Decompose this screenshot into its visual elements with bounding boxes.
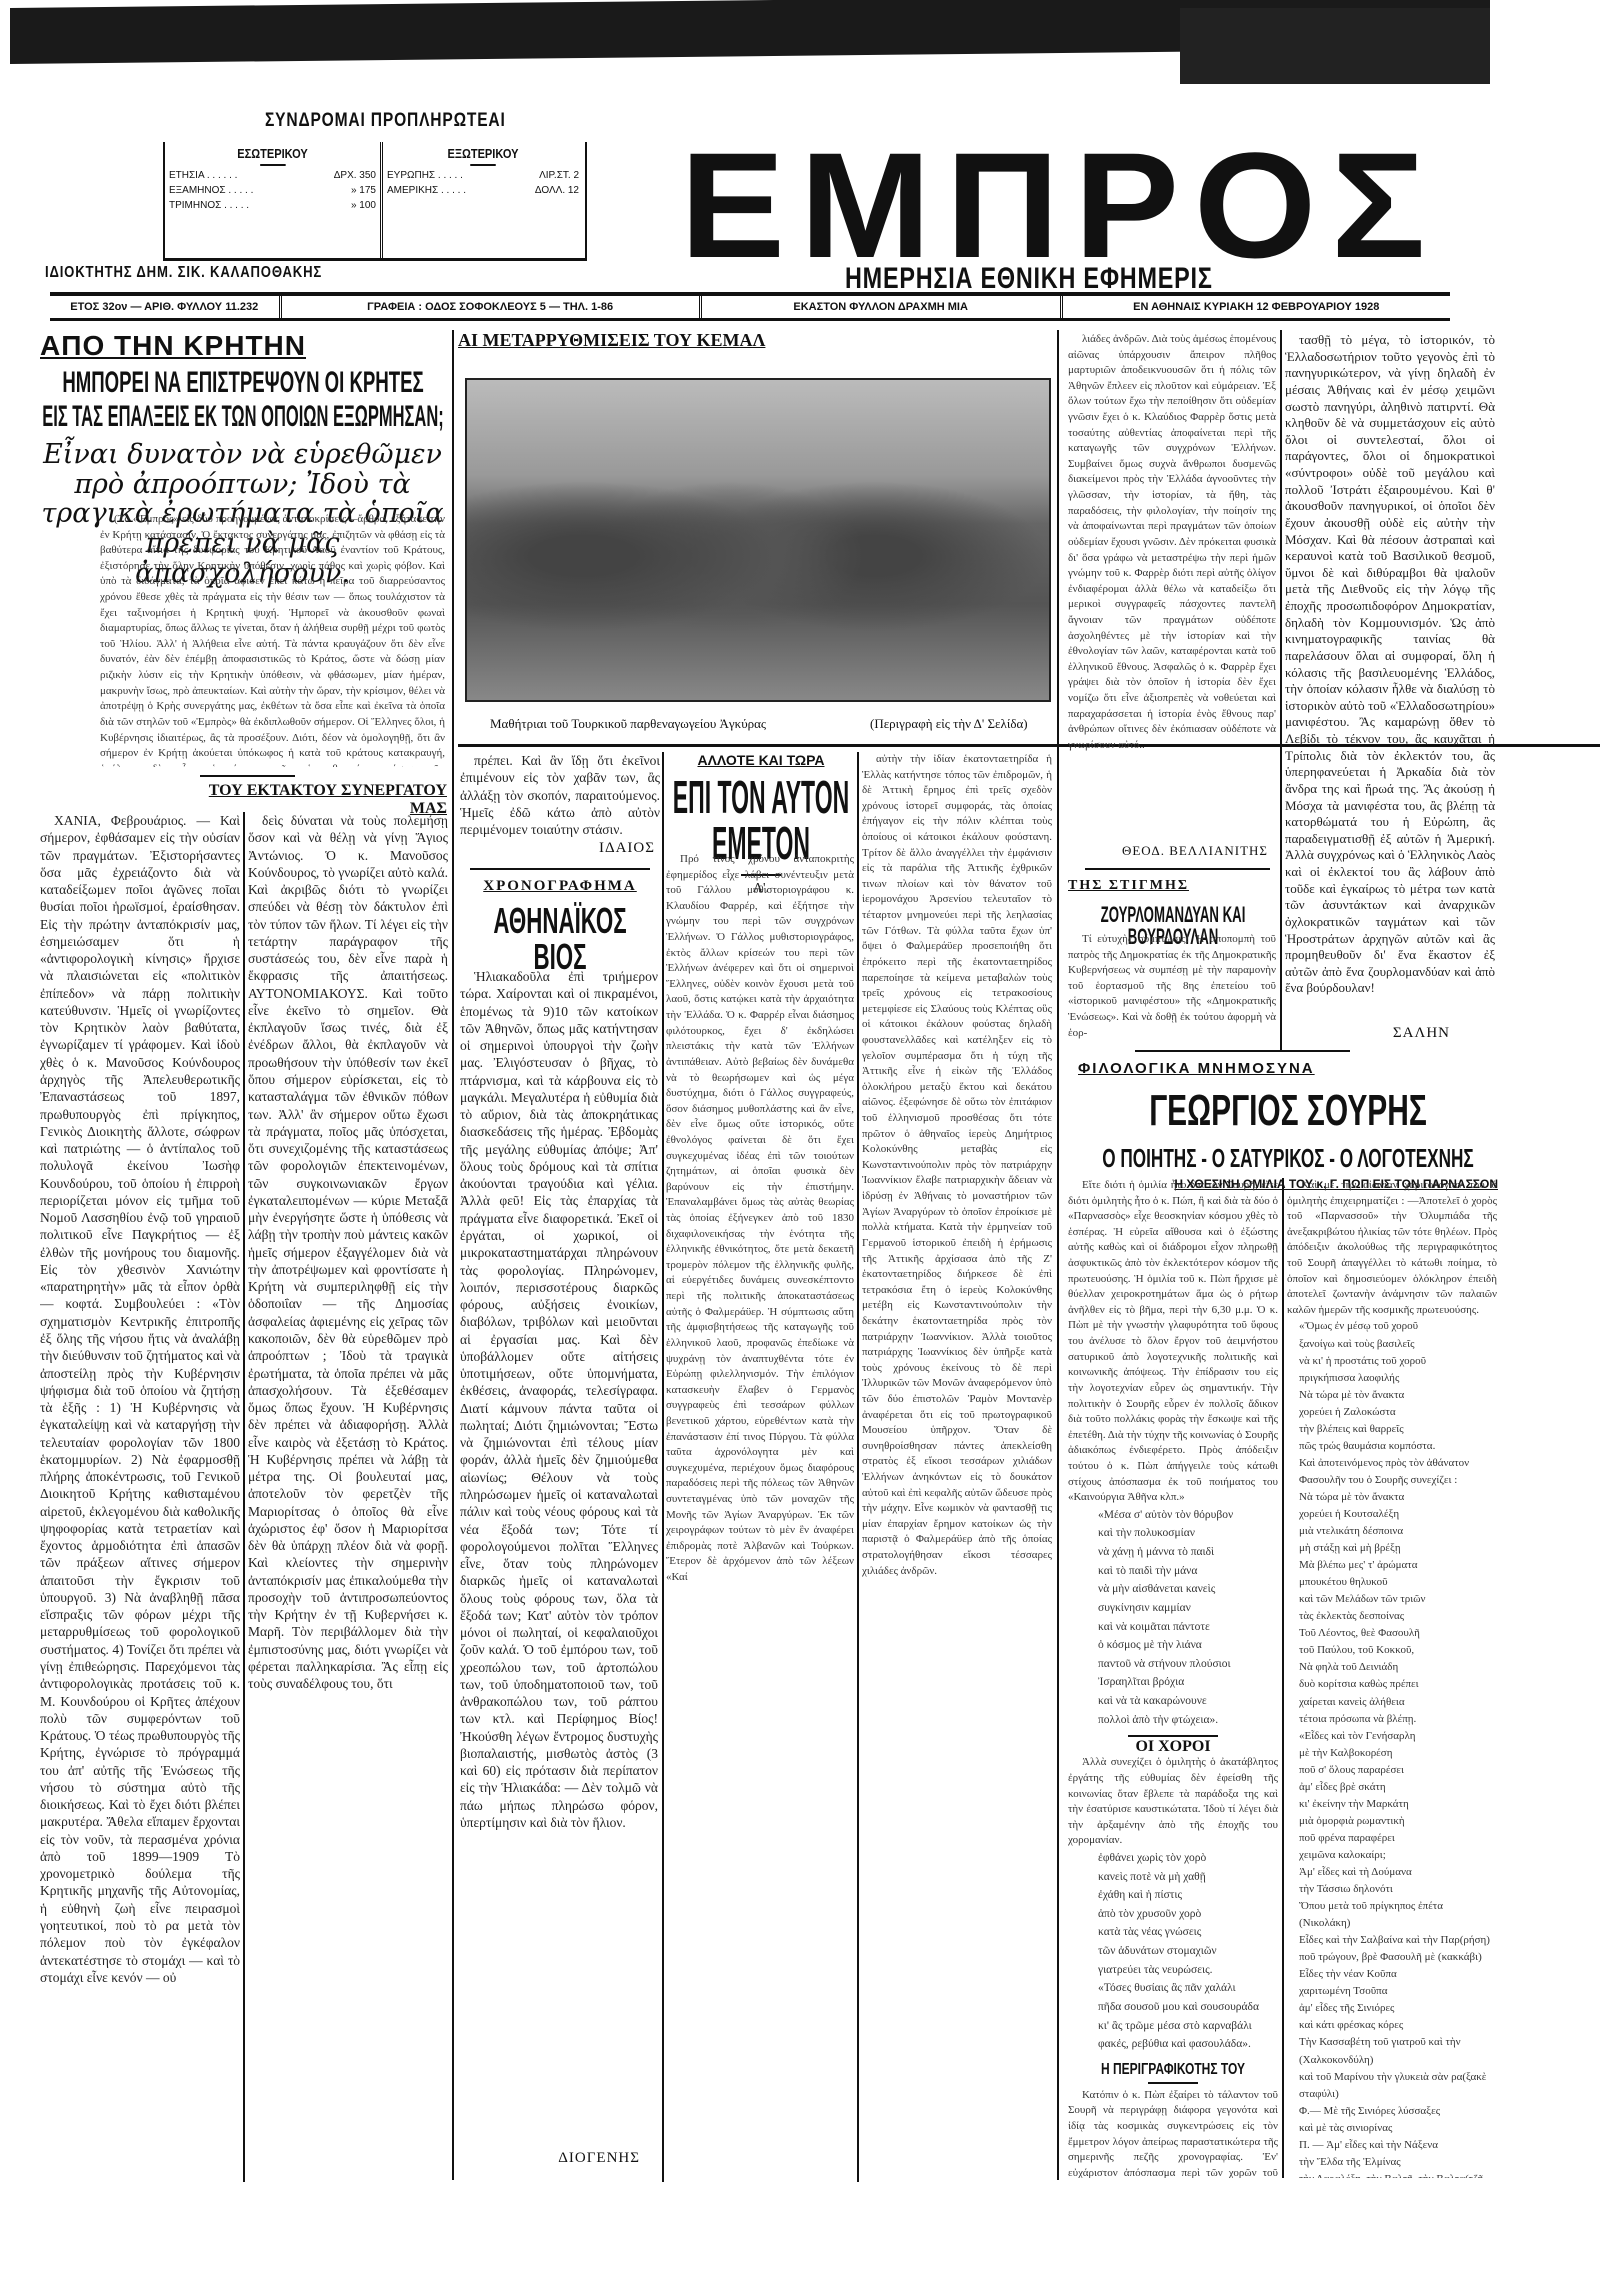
poem-line: Νὰ φηλὰ τοῦ Δεινιάδη: [1299, 1659, 1497, 1676]
poem-line: ποῦ τρώγουν, βρὲ Φασουλῆ μὲ (κακκάβι): [1299, 1949, 1497, 1966]
poem-line: νὰ κι' ἡ προστάτις τοῦ χοροῦ: [1299, 1353, 1497, 1370]
poem-line: καὶ τὸ παιδὶ τὴν μάνα: [1098, 1562, 1278, 1581]
poem-line: «Τόσες θυσίαις ἂς πᾶν χαλάλι: [1098, 1979, 1278, 1998]
poem-line: καὶ νὰ κοιμᾶται πάντοτε: [1098, 1618, 1278, 1637]
description-head: Η ΠΕΡΙΓΡΑΦΙΚΟΤΗΣ ΤΟΥ: [1094, 2062, 1252, 2078]
poem-line: Φ.— Μὲ τῆς Σινιόρες λύσσαξες: [1299, 2103, 1497, 2120]
poem-line: τὰς ἐκλεκτὰς δεσποίνας: [1299, 1608, 1497, 1625]
souris-col-2: Καὶ μὲ τὴν αἰωνίαν χαριτολογίαν του ὁ ὁμ…: [1287, 1178, 1497, 2178]
poem-line: Καὶ ἀποτεινόμενος πρὸς τὸν ἀθάνατον: [1299, 1455, 1497, 1472]
poem-line: καὶ τοῦ Μαρίνου τὴν γλυκειὰ σὰν ρα(ξακὲ …: [1299, 2069, 1497, 2103]
poem-line: μιὰ ντελικάτη δέσποινα: [1299, 1523, 1497, 1540]
subscriptions-domestic: ΕΣΩΤΕΡΙΚΟΥ ΕΤΗΣΙΑ . . . . . .ΔΡΧ. 350ΕΞΑ…: [165, 142, 383, 258]
poem-line: πολλοὶ ἀπὸ τὴν φτώχεια».: [1098, 1711, 1278, 1730]
crete-headline-1: ΗΜΠΟΡΕΙ ΝΑ ΕΠΙΣΤΡΕΨΟΥΝ ΟΙ ΚΡΗΤΕΣ: [42, 368, 445, 398]
poem-line: μὴ στάξῃ καὶ μὴ βρέξῃ: [1299, 1540, 1497, 1557]
kemal-photo: [465, 378, 1051, 702]
crete-kicker: ΑΠΟ ΤΗΝ ΚΡΗΤΗΝ: [40, 330, 445, 362]
subscriptions-title: ΣΥΝΔΡΟΜΑΙ ΠΡΟΠΛΗΡΩΤΕΑΙ: [265, 110, 506, 132]
crete-col-1: ΧΑΝΙΑ, Φεβρουάριος. — Καὶ σήμερον, ἐφθάσ…: [40, 812, 240, 2182]
souris-subhead: Ο ΠΟΙΗΤΗΣ - Ο ΣΑΤΥΡΙΚΟΣ - Ο ΛΟΓΟΤΕΧΝΗΣ: [1083, 1145, 1492, 1171]
poem-line: χειμῶνα καλοκαίρι;: [1299, 1847, 1497, 1864]
chronography-signature: ΔΙΟΓΕΝΗΣ: [460, 2150, 640, 2167]
chronography-kicker: ΧΡΟΝΟΓΡΑΦΗΜΑ: [460, 878, 660, 895]
subscription-row: ΕΤΗΣΙΑ . . . . . .ΔΡΧ. 350: [165, 166, 380, 181]
chronography-section: ΧΡΟΝΟΓΡΑΦΗΜΑ ΑΘΗΝΑΪΚΟΣ ΒΙΟΣ: [460, 878, 660, 975]
photo-caption-ref: (Περιγραφὴ εἰς τὴν Δ' Σελίδα): [870, 716, 1028, 732]
poem-line: γιατρεύει τὰς νευρώσεις.: [1098, 1961, 1278, 1980]
poem-line: ποῦ φρένα παραφέρει: [1299, 1830, 1497, 1847]
poem-line: ἐχάθη καὶ ἡ πίστις: [1098, 1886, 1278, 1905]
souris-poem-2: ἐφθάνει χωρὶς τὸν χορὸκανεὶς ποτὲ νὰ μὴ …: [1068, 1849, 1278, 2054]
moment-continuation: τασθῇ τὸ μέγα, τὸ ἱστορικόν, τὸ Ἑλλαδοσω…: [1285, 332, 1495, 1037]
souris-poem-3: «Ὅμως ἐν μέσῳ τοῦ χοροῦξανοίγω καὶ τοὺς …: [1287, 1318, 1497, 2178]
crete-intro: (Τὸ «Ἐμπρὸς» εἰς δύο προηγουμένας ἀνταπο…: [100, 512, 445, 767]
issue-info-bar: ΕΤΟΣ 32ον — ΑΡΙΘ. ΦΥΛΛΟΥ 11.232 ΓΡΑΦΕΙΑ …: [50, 292, 1450, 321]
poem-line: μὲ τὴν Καλβοκορέση: [1299, 1745, 1497, 1762]
poem-line: Τοῦ Λέοντος, θεὲ Φασουλῆ: [1299, 1625, 1497, 1642]
subscription-row: ΤΡΙΜΗΝΟΣ . . . . .» 100: [165, 196, 380, 211]
souris-poem-1: «Μέσα σ' αὐτὸν τὸν θόρυβονκαὶ τὴν πολυκο…: [1068, 1506, 1278, 1730]
poem-line: Ὅπου μετὰ τοῦ πρίγκηπος ἐπέτα: [1299, 1898, 1497, 1915]
dances-head: ΟΙ ΧΟΡΟΙ: [1068, 1739, 1278, 1755]
domestic-head: ΕΣΩΤΕΡΙΚΟΥ: [181, 146, 364, 166]
then-now-kicker: ΑΛΛΟΤΕ ΚΑΙ ΤΩΡΑ: [666, 752, 856, 768]
poem-line: καὶ τὴν πολυκοσμίαν: [1098, 1524, 1278, 1543]
poem-line: κατὰ τὰς νέας γνώσεις: [1098, 1923, 1278, 1942]
poem-line: ξανοίγω καὶ τοὺς βασιλεῖς: [1299, 1336, 1497, 1353]
crete-col-2: δεὶς δύναται νὰ τοὺς πολεμήσῃ ὅσον καὶ ν…: [248, 812, 448, 2182]
poem-line: ὁ κόσμος μὲ τὴν λιάνα: [1098, 1636, 1278, 1655]
poem-line: καὶ μὲ τὰς σινιορίνας: [1299, 2120, 1497, 2137]
foreign-head: ΕΞΩΤΕΡΙΚΟΥ: [398, 146, 568, 166]
issue-number: ΕΤΟΣ 32ον — ΑΡΙΘ. ΦΥΛΛΟΥ 11.232: [50, 296, 282, 318]
kemal-signature: ΙΔΑΙΟΣ: [460, 840, 655, 857]
poem-line: μπουκέτου θηλυκοῦ: [1299, 1574, 1497, 1591]
souris-headline: ΓΕΩΡΓΙΟΣ ΣΟΥΡΗΣ: [1084, 1089, 1492, 1133]
vellianitis-article: λιάδες ἀνδρῶν. Διὰ τοὺς ἀμέσως ἑπομένους…: [1068, 332, 1276, 777]
poem-line: καὶ νὰ τὰ κακαρώνουνε: [1098, 1692, 1278, 1711]
subscription-row: ΕΞΑΜΗΝΟΣ . . . . .» 175: [165, 181, 380, 196]
then-now-col-2: αὐτὴν τὴν ἰδίαν ἑκατονταετηρίδα ἡ Ἑλλὰς …: [862, 752, 1052, 2182]
poem-line: Εἶδες τὴν νέαν Κοῦπα: [1299, 1966, 1497, 1983]
then-now-col-1: Πρό τινος χρόνου ἀνταποκριτὴς ἐφημερίδος…: [666, 852, 854, 2182]
poem-line: τὴν Δαραλέξη, τὴν Βαλτῆ, τὴν Βαλτα(τζῆ τ…: [1299, 2171, 1497, 2178]
poem-line: χαίρεται κανεὶς ἀλήθεια: [1299, 1694, 1497, 1711]
subscription-row: ΕΥΡΩΠΗΣ . . . . .ΛΙΡ.ΣΤ. 2: [383, 166, 583, 181]
subscription-row: ΑΜΕΡΙΚΗΣ . . . . .ΔΟΛΛ. 12: [383, 181, 583, 196]
poem-line: κανεὶς ποτὲ νὰ μὴ χαθῇ: [1098, 1868, 1278, 1887]
poem-line: Νὰ τώρα μὲ τὸν ἄνακτα: [1299, 1387, 1497, 1404]
newspaper-subtitle: ΗΜΕΡΗΣΙΑ ΕΘΝΙΚΗ ΕΦΗΜΕΡΙΣ: [845, 262, 1213, 296]
moment-body: Τί εὐτυχὴς σύμπτωσις! Ἡ ἀποπομπὴ τοῦ πατ…: [1068, 932, 1276, 1052]
poem-line: Εἶδες καὶ τὴν Σαλβαίνα καὶ τὴν Παρ(ρήση): [1299, 1932, 1497, 1949]
poem-line: δυὸ κορίτσια καθὼς πρέπει: [1299, 1676, 1497, 1693]
issue-date: ΕΝ ΑΘΗΝΑΙΣ ΚΥΡΙΑΚΗ 12 ΦΕΒΡΟΥΑΡΙΟΥ 1928: [1063, 296, 1451, 318]
kemal-continuation: πρέπει. Καὶ ἂν ἴδῃ ὅτι ἐκεῖνοι ἐπιμένουν…: [460, 752, 660, 838]
moment-signature: ΣΑΛΗΝ: [1300, 1025, 1450, 1042]
vellianitis-signature: ΘΕΟΔ. ΒΕΛΛΙΑΝΙΤΗΣ: [1068, 843, 1268, 859]
crete-headline-2: ΕΙΣ ΤΑΣ ΕΠΑΛΞΕΙΣ ΕΚ ΤΩΝ ΟΠΟΙΩΝ ΕΞΩΡΜΗΣΑΝ…: [40, 402, 447, 432]
poem-line: τοῦ Παύλου, τοῦ Κοκκοῦ,: [1299, 1642, 1497, 1659]
poem-line: πριγκήπισσα λαοφιλής: [1299, 1370, 1497, 1387]
chronography-body: Ἡλιακαδοῦλα ἐπὶ τριήμερον τώρα. Χαίροντα…: [460, 968, 658, 2088]
chronography-headline: ΑΘΗΝΑΪΚΟΣ ΒΙΟΣ: [467, 903, 653, 975]
poem-line: χορεύει ἡ Ζαλοκώστα: [1299, 1404, 1497, 1421]
owner-line: ΙΔΙΟΚΤΗΤΗΣ ΔΗΜ. ΣΙΚ. ΚΑΛΑΠΟΘΑΚΗΣ: [45, 264, 322, 282]
poem-line: χαριτωμένη Τσοῦπα: [1299, 1983, 1497, 2000]
poem-line: χορεύει ἡ Κουτσαλέξη: [1299, 1506, 1497, 1523]
souris-col-1: Εἴτε διότι ἡ ὁμιλία ἦτο διὰ τὸν Σουρῆ, ε…: [1068, 1178, 1278, 2178]
poem-line: κι' ἐκείνην τὴν Μαρκάτη: [1299, 1796, 1497, 1813]
poem-line: Μὰ βλέπω μες' τ' ἀρώματα: [1299, 1557, 1497, 1574]
subscriptions-box: ΣΥΝΔΡΟΜΑΙ ΠΡΟΠΛΗΡΩΤΕΑΙ ΕΣΩΤΕΡΙΚΟΥ ΕΤΗΣΙΑ…: [163, 142, 587, 261]
poem-line: ἀπὸ τὸν χρυσοῦν χορὸ: [1098, 1905, 1278, 1924]
poem-line: τὴν Ἕλδα τῆς Ἐλμίνας: [1299, 2154, 1497, 2171]
poem-line: «Μέσα σ' αὐτὸν τὸν θόρυβον: [1098, 1506, 1278, 1525]
poem-line: καὶ κάτι φρέσκας κόρες: [1299, 2017, 1497, 2034]
poem-line: τὴν Τάσσιω δηλονότι: [1299, 1881, 1497, 1898]
poem-line: πῆδα σουσοῦ μου καὶ σουσουράδα: [1098, 1998, 1278, 2017]
poem-line: Φασουλῆν του ὁ Σουρῆς συνεχίζει :: [1299, 1472, 1497, 1489]
poem-line: τῶν ἀδυνάτων στομαχιῶν: [1098, 1942, 1278, 1961]
poem-line: (Νικολάκη): [1299, 1915, 1497, 1932]
poem-line: μιὰ ὀμορφιὰ ρωμαντικὴ: [1299, 1813, 1497, 1830]
poem-line: ἀμ' εἶδες βρὲ σκάτη: [1299, 1779, 1497, 1796]
poem-line: τέτοια πρόσωπα νὰ βλέπῃ.: [1299, 1711, 1497, 1728]
poem-line: συγκίνησιν καμμίαν: [1098, 1599, 1278, 1618]
poem-line: «Εἶδες καὶ τὸν Γενήσαρλη: [1299, 1728, 1497, 1745]
poem-line: ἀμ' εἶδες τῆς Σινιόρες: [1299, 2000, 1497, 2017]
souris-section: ΦΙΛΟΛΟΓΙΚΑ ΜΝΗΜΟΣΥΝΑ ΓΕΩΡΓΙΟΣ ΣΟΥΡΗΣ Ο Π…: [1078, 1060, 1498, 1191]
poem-line: τὴν βλέπεις καὶ θαρρεῖς: [1299, 1421, 1497, 1438]
poem-line: ποῦ σ' ὅλους παραρέσει: [1299, 1762, 1497, 1779]
kemal-kicker: ΑΙ ΜΕΤΑΡΡΥΘΜΙΣΕΙΣ ΤΟΥ ΚΕΜΑΛ: [458, 330, 1058, 351]
newspaper-logo: ΕΜΠΡΟΣ: [680, 130, 1440, 280]
souris-kicker: ΦΙΛΟΛΟΓΙΚΑ ΜΝΗΜΟΣΥΝΑ: [1078, 1060, 1498, 1077]
poem-line: καὶ τῶν Μελάδων τῶν τριῶν: [1299, 1591, 1497, 1608]
poem-line: Τὴν Κασσαβέτη τοῦ γιατροῦ καὶ τὴν (Χαλκο…: [1299, 2034, 1497, 2068]
poem-line: πῶς τρώς θαυμάσια κομπόστα.: [1299, 1438, 1497, 1455]
office-address: ΓΡΑΦΕΙΑ : ΟΔΟΣ ΣΟΦΟΚΛΕΟΥΣ 5 — ΤΗΛ. 1-86: [282, 296, 702, 318]
poem-line: φακές, ρεβύθια καὶ φασουλάδα».: [1098, 2035, 1278, 2054]
photo-caption: Μαθήτριαι τοῦ Τουρκικοῦ παρθεναγωγείου Ἀ…: [490, 716, 766, 732]
poem-line: Ἀμ' εἶδες καὶ τὴ Δούμανα: [1299, 1864, 1497, 1881]
poem-line: Π. — Ἀμ' εἶδες καὶ τὴν Νάξενα: [1299, 2137, 1497, 2154]
moment-kicker: ΤΗΣ ΣΤΙΓΜΗΣ: [1068, 878, 1278, 894]
price-note: ΕΚΑΣΤΟΝ ΦΥΛΛΟΝ ΔΡΑΧΜΗ ΜΙΑ: [702, 296, 1063, 318]
poem-line: «Ὅμως ἐν μέσῳ τοῦ χοροῦ: [1299, 1318, 1497, 1335]
scan-top-band-right: [1180, 8, 1490, 84]
poem-line: νὰ μὴν αἰσθάνεται κανεὶς: [1098, 1580, 1278, 1599]
poem-line: Ἰσραηλῖται βρόχια: [1098, 1673, 1278, 1692]
poem-line: παντοῦ νὰ στήνουν πλούσιοι: [1098, 1655, 1278, 1674]
kemal-section: ΑΙ ΜΕΤΑΡΡΥΘΜΙΣΕΙΣ ΤΟΥ ΚΕΜΑΛ: [458, 330, 1058, 351]
poem-line: νὰ χάνῃ ἡ μάννα τὸ παιδὶ: [1098, 1543, 1278, 1562]
poem-line: κι' ἂς τρῶμε μέσα στὸ καρναβάλι: [1098, 2017, 1278, 2036]
poem-line: Νὰ τώρα μὲ τὸν ἄνακτα: [1299, 1489, 1497, 1506]
poem-line: ἐφθάνει χωρὶς τὸν χορὸ: [1098, 1849, 1278, 1868]
subscriptions-foreign: ΕΞΩΤΕΡΙΚΟΥ ΕΥΡΩΠΗΣ . . . . .ΛΙΡ.ΣΤ. 2ΑΜΕ…: [383, 142, 583, 258]
